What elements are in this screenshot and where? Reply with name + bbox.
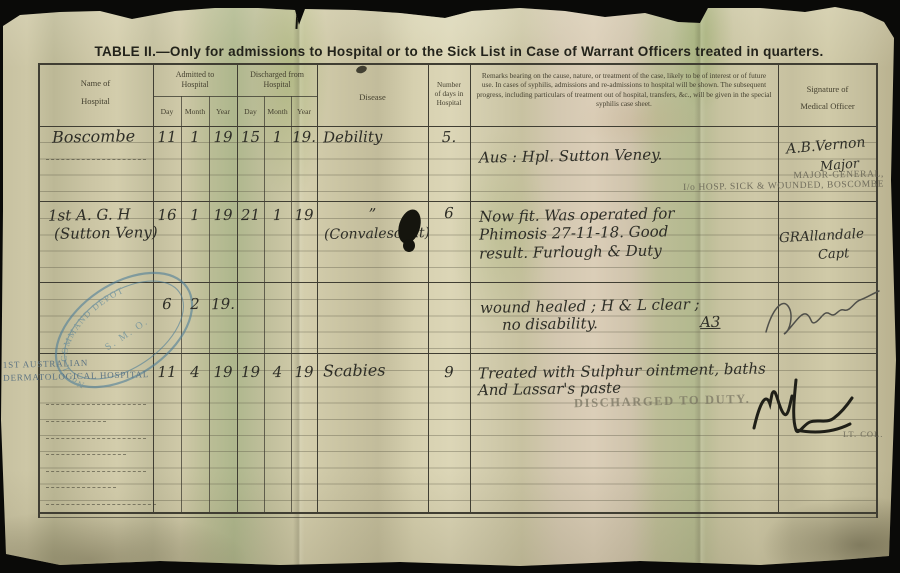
row3-adm-month: 2 — [181, 295, 209, 313]
paper-sheet: TABLE II.—Only for admissions to Hospita… — [0, 0, 900, 573]
header-text: Discharged from — [237, 70, 317, 80]
row2-dis-day: 21 — [237, 206, 264, 224]
col-border — [317, 64, 318, 513]
page-title: TABLE II.—Only for admissions to Hospita… — [40, 44, 878, 59]
stamp-text: 1ST AUSTRALIAN — [3, 356, 149, 370]
row4-remarks-1: Treated with Sulphur ointment, baths — [478, 359, 766, 382]
dotted-leader — [46, 438, 146, 439]
row4-disease: Scabies — [323, 360, 386, 380]
ink-smudge — [355, 64, 368, 74]
header-text: Number — [428, 80, 470, 89]
subheader-border — [153, 96, 317, 97]
row1-dis-month: 1 — [264, 128, 291, 146]
row1-signature: A.B.Vernon — [785, 135, 866, 158]
row1-adm-day: 11 — [153, 128, 181, 146]
table-bottom-border — [38, 512, 878, 514]
dotted-leader — [46, 404, 146, 405]
col-header-disease: Disease — [317, 92, 428, 103]
header-text: Admitted to — [153, 70, 237, 80]
col-header-discharged: Discharged from Hospital — [237, 70, 317, 90]
row2-adm-day: 16 — [153, 206, 181, 224]
row4-adm-year: 19 — [209, 363, 237, 381]
subcol-border — [291, 96, 292, 513]
dotted-leader — [46, 421, 106, 422]
row2-adm-month: 1 — [181, 206, 209, 224]
header-text: Signature of — [778, 84, 877, 95]
header-text: of days in — [428, 89, 470, 98]
row4-dis-month: 4 — [264, 363, 291, 381]
col-header-adm-month: Month — [181, 107, 209, 116]
header-text: Hospital — [153, 80, 237, 90]
row2-dis-year: 19 — [291, 206, 317, 224]
row3-remarks-2: no disability. — [502, 314, 598, 334]
row2-signature: GRAllandale — [779, 226, 865, 246]
row4-signature-scrawl — [746, 374, 858, 438]
subcol-border — [264, 96, 265, 513]
header-text: Name of — [38, 78, 153, 89]
col-header-remarks: Remarks bearing on the cause, nature, or… — [476, 71, 772, 109]
row1-days: 5. — [428, 128, 470, 147]
stamp-center-text: S. M. O. — [103, 316, 151, 353]
row2-remarks-2: Phimosis 27-11-18. Good — [479, 222, 669, 243]
header-text: Medical Officer — [778, 101, 877, 112]
header-text: Hospital — [237, 80, 317, 90]
row4-dis-day: 19 — [237, 363, 264, 381]
header-text: Hospital — [428, 98, 470, 107]
table-top-border — [38, 63, 878, 65]
row3-adm-year: 19. — [209, 295, 237, 313]
row-border — [38, 201, 878, 202]
row2-days: 6 — [428, 204, 470, 223]
dotted-leader — [46, 471, 146, 472]
row1-dis-day: 15 — [237, 128, 264, 146]
row1-adm-month: 1 — [181, 128, 209, 146]
col-header-days: Number of days in Hospital — [428, 80, 470, 107]
row1-disease: Debility — [323, 127, 383, 146]
dotted-leader — [46, 454, 126, 455]
discharged-to-duty-stamp: DISCHARGED TO DUTY. — [574, 392, 751, 412]
row4-days: 9 — [428, 363, 470, 382]
row2-signature-rank: Capt — [818, 246, 850, 263]
header-text: Hospital — [38, 96, 153, 107]
row2-hospital: 1st A. G. H — [48, 205, 131, 224]
row2-remarks-3: result. Furlough & Duty — [479, 241, 662, 262]
row1-hospital: Boscombe — [52, 126, 135, 146]
paper-tear-crack — [295, 8, 298, 29]
scanned-document: TABLE II.—Only for admissions to Hospita… — [0, 0, 900, 573]
col-header-name: Name of Hospital — [38, 78, 153, 106]
dotted-leader — [46, 487, 116, 488]
row1-dis-year: 19. — [291, 128, 317, 146]
col-header-dis-month: Month — [264, 107, 291, 116]
row1-adm-year: 19 — [209, 128, 237, 146]
col-header-admitted: Admitted to Hospital — [153, 70, 237, 90]
col-header-dis-day: Day — [237, 107, 264, 116]
row2-hospital-2: (Sutton Veny) — [54, 223, 158, 243]
col-header-adm-day: Day — [153, 107, 181, 116]
dotted-leader — [46, 159, 146, 160]
row1-remarks: Aus : Hpl. Sutton Veney. — [479, 145, 663, 166]
row3-adm-day: 6 — [153, 295, 181, 313]
row2-dis-month: 1 — [264, 206, 291, 224]
row3-signature-scrawl — [762, 288, 882, 340]
ink-blot — [403, 239, 415, 252]
dotted-leader — [46, 504, 156, 505]
col-header-dis-year: Year — [291, 107, 317, 116]
row4-adm-month: 4 — [181, 363, 209, 381]
major-general-stamp: MAJOR-GENERAL, I/o HOSP. SICK & WOUNDED,… — [596, 169, 884, 194]
col-header-signature: Signature of Medical Officer — [778, 84, 877, 111]
row4-dis-year: 19 — [291, 363, 317, 381]
table-bottom-border-2 — [38, 517, 878, 518]
row2-adm-year: 19 — [209, 206, 237, 224]
col-border — [470, 64, 471, 513]
dermatological-hospital-stamp: 1ST AUSTRALIAN DERMATOLOGICAL HOSPITAL — [3, 356, 149, 383]
row4-adm-day: 11 — [153, 363, 181, 381]
col-header-adm-year: Year — [209, 107, 237, 116]
lt-col-stamp: LT. COL. — [843, 429, 883, 439]
row3-medical-grade: A3 — [700, 313, 721, 331]
